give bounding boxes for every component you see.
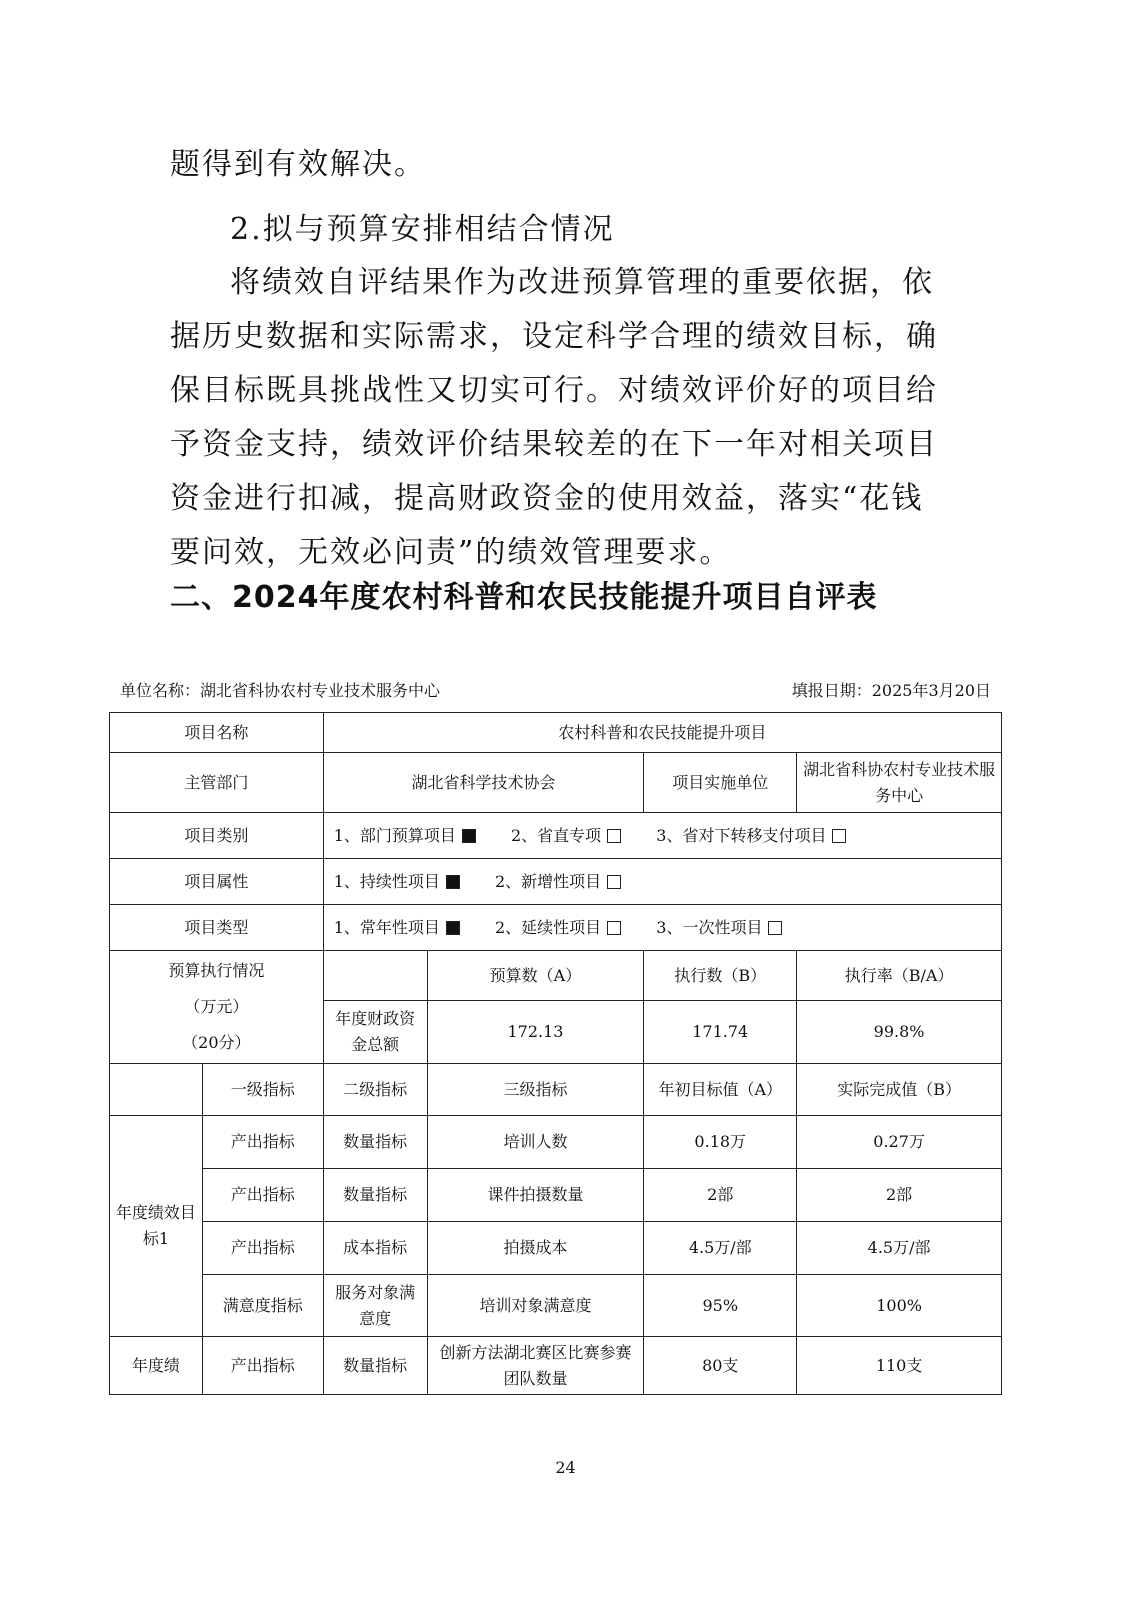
goal1-label: 年度绩效目标1 [110,1116,203,1337]
option: 1、常年性项目 [334,918,440,937]
value: 171.74 [644,1001,797,1064]
subheading: 2.拟与预算安排相结合情况 [170,203,950,257]
fill-date: 填报日期：2025年3月20日 [792,678,991,701]
header: 一级指标 [202,1064,323,1116]
header: 年初目标值（A） [644,1064,797,1116]
unchecked-box-icon [607,875,621,889]
option: 1、持续性项目 [334,872,440,891]
option: 2、新增性项目 [495,872,601,891]
checked-box-icon [446,875,460,889]
checked-box-icon [446,921,460,935]
self-evaluation-table: 项目名称 农村科普和农民技能提升项目 主管部门 湖北省科学技术协会 项目实施单位… [109,712,1002,1395]
value: 172.13 [427,1001,644,1064]
label: 项目属性 [110,859,324,905]
option: 1、部门预算项目 [334,826,456,845]
attr-options: 1、持续性项目 2、新增性项目 [323,859,1001,905]
header: 预算数（A） [427,951,644,1001]
value: 99.8% [797,1001,1002,1064]
option: 3、省对下转移支付项目 [656,826,826,845]
goal2-label: 年度绩 [110,1337,203,1395]
label: 项目实施单位 [644,753,797,813]
category-options: 1、部门预算项目 2、省直专项 3、省对下转移支付项目 [323,813,1001,859]
unchecked-box-icon [607,921,621,935]
option: 2、延续性项目 [495,918,601,937]
body-line: 题得到有效解决。 [170,138,950,192]
option: 3、一次性项目 [656,918,762,937]
label: 项目名称 [110,713,324,753]
header: 执行数（B） [644,951,797,1001]
body-paragraph: 将绩效自评结果作为改进预算管理的重要依据，依据历史数据和实际需求，设定科学合理的… [170,256,950,580]
label: 主管部门 [110,753,324,813]
unchecked-box-icon [607,829,621,843]
header: 三级指标 [427,1064,644,1116]
header: 二级指标 [323,1064,427,1116]
checked-box-icon [462,829,476,843]
label: 项目类别 [110,813,324,859]
project-name: 农村科普和农民技能提升项目 [323,713,1001,753]
label: 年度财政资金总额 [323,1001,427,1064]
dept: 湖北省科学技术协会 [323,753,644,813]
header: 实际完成值（B） [797,1064,1002,1116]
page-number: 24 [0,1458,1131,1477]
impl-unit: 湖北省科协农村专业技术服务中心 [797,753,1002,813]
option: 2、省直专项 [511,826,601,845]
budget-label: 预算执行情况（万元）（20分） [110,951,324,1064]
type-options: 1、常年性项目 2、延续性项目 3、一次性项目 [323,905,1001,951]
unit-name: 单位名称：湖北省科协农村专业技术服务中心 [120,678,440,701]
header: 执行率（B/A） [797,951,1002,1001]
unchecked-box-icon [832,829,846,843]
label: 项目类型 [110,905,324,951]
section-title: 二、2024年度农村科普和农民技能提升项目自评表 [170,572,878,616]
unchecked-box-icon [768,921,782,935]
